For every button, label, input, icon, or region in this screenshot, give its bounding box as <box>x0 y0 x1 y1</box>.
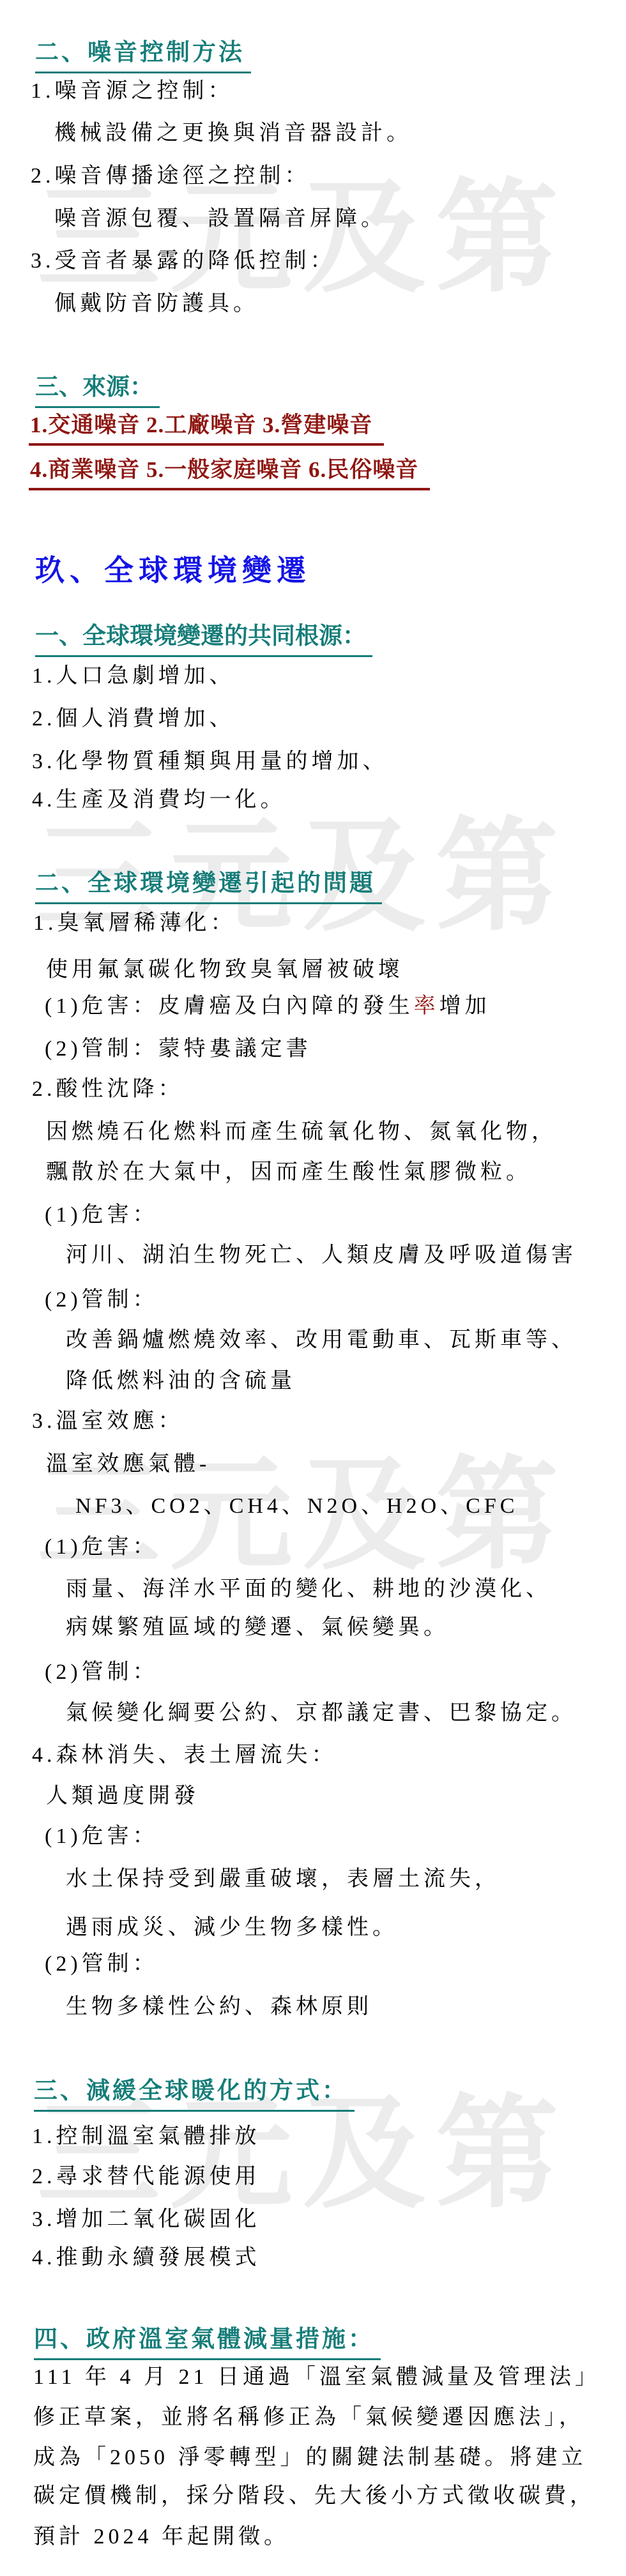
text-line: 河川、湖泊生物死亡、人類皮膚及呼吸道傷害 <box>66 1243 577 1268</box>
text-line: 氣候變化綱要公約、京都議定書、巴黎協定。 <box>66 1701 577 1725</box>
text-line: NF3、CO2、CH4、N2O、H2O、CFC <box>75 1494 518 1519</box>
text-line: 1.人口急劇增加、 <box>32 663 235 688</box>
document-page: 三元及第三元及第三元及第三元及第二、噪音控制方法1.噪音源之控制：機械設備之更換… <box>0 0 626 2576</box>
text-line: 因燃燒石化燃料而產生硫氧化物、氮氧化物， <box>46 1119 557 1144</box>
text-line: (2)管制：蒙特婁議定書 <box>45 1036 312 1061</box>
text-line: 4.推動永續發展模式 <box>32 2245 261 2270</box>
text-line: 4.森林消失、表土層流失： <box>32 1743 337 1768</box>
text-line: 成為「2050 淨零轉型」的關鍵法制基礎。將建立 <box>33 2445 587 2470</box>
list-line: 4.商業噪音 5.一般家庭噪音 6.民俗噪音 <box>29 457 430 490</box>
text-line: 4.生產及消費均一化。 <box>32 787 286 812</box>
section-heading: 一、全球環境變遷的共同根源： <box>35 623 372 657</box>
text-line: 使用氟氯碳化物致臭氧層被破壞 <box>46 957 404 982</box>
text-line: 降低燃料油的含硫量 <box>66 1368 296 1393</box>
text-line: 病媒繁殖區域的變遷、氣候變異。 <box>66 1615 449 1640</box>
text-line: 機械設備之更換與消音器設計。 <box>54 121 412 146</box>
text-line: 3.增加二氧化碳固化 <box>32 2207 261 2232</box>
text-line: 111 年 4 月 21 日通過「溫室氣體減量及管理法」 <box>33 2365 600 2390</box>
text-line: (1)危害： <box>45 1202 158 1227</box>
text-segment: (1)危害：皮膚癌及白內障的發生 <box>45 994 414 1018</box>
watermark-text: 三元及第 <box>37 178 569 300</box>
text-line: 預計 2024 年起開徵。 <box>33 2524 289 2549</box>
text-line: (2)管制： <box>45 1951 158 1976</box>
text-line: 修正草案，並將名稱修正為「氣候變遷因應法」， <box>33 2405 584 2430</box>
text-line: 飄散於在大氣中，因而產生酸性氣膠微粒。 <box>46 1160 531 1185</box>
text-line: 溫室效應氣體- <box>46 1451 210 1476</box>
text-line: 雨量、海洋水平面的變化、耕地的沙漠化、 <box>66 1577 551 1602</box>
text-line: (1)危害： <box>45 1534 158 1559</box>
text-segment: 增加 <box>439 994 491 1018</box>
text-line: (2)管制： <box>45 1660 158 1685</box>
text-line: 佩戴防音防護具。 <box>54 291 259 316</box>
text-line: 噪音源包覆、設置隔音屏障。 <box>54 206 386 231</box>
section-heading: 二、噪音控制方法 <box>35 40 251 73</box>
text-line: 碳定價機制，採分階段、先大後小方式徵收碳費， <box>33 2483 595 2508</box>
text-line: 水土保持受到嚴重破壞，表層土流失， <box>66 1867 500 1891</box>
section-heading: 三、減緩全球暖化的方式： <box>34 2078 355 2112</box>
text-line: 3.溫室效應： <box>32 1409 184 1434</box>
section-heading: 玖、全球環境變遷 <box>35 554 311 588</box>
section-heading: 二、全球環境變遷引起的問題 <box>35 870 382 904</box>
text-line: 人類過度開發 <box>46 1784 199 1808</box>
highlighted-line: (1)危害：皮膚癌及白內障的發生率增加 <box>45 994 491 1019</box>
text-line: 改善鍋爐燃燒效率、改用電動車、瓦斯車等、 <box>66 1328 577 1352</box>
section-heading: 四、政府溫室氣體減量措施： <box>34 2326 381 2360</box>
text-line: (2)管制： <box>45 1287 158 1312</box>
text-line: 1.臭氧層稀薄化： <box>33 911 236 936</box>
text-line: 2.尋求替代能源使用 <box>32 2164 261 2189</box>
text-line: (1)危害： <box>45 1824 158 1849</box>
text-line: 2.噪音傳播途徑之控制： <box>31 163 310 188</box>
text-line: 2.個人消費增加、 <box>32 706 235 731</box>
text-line: 生物多樣性公約、森林原則 <box>66 1994 372 2019</box>
text-line: 1.噪音源之控制： <box>31 79 234 103</box>
list-line: 1.交通噪音 2.工廠噪音 3.營建噪音 <box>29 413 384 446</box>
highlighted-char: 率 <box>414 994 439 1018</box>
section-heading: 三、來源： <box>35 374 160 408</box>
text-line: 1.控制溫室氣體排放 <box>32 2124 261 2149</box>
text-line: 3.化學物質種類與用量的增加、 <box>32 749 388 774</box>
text-line: 遇雨成災、減少生物多樣性。 <box>66 1915 398 1940</box>
watermark-text: 三元及第 <box>37 2093 569 2216</box>
text-line: 3.受音者暴露的降低控制： <box>31 248 336 273</box>
text-line: 2.酸性沈降： <box>32 1077 184 1102</box>
